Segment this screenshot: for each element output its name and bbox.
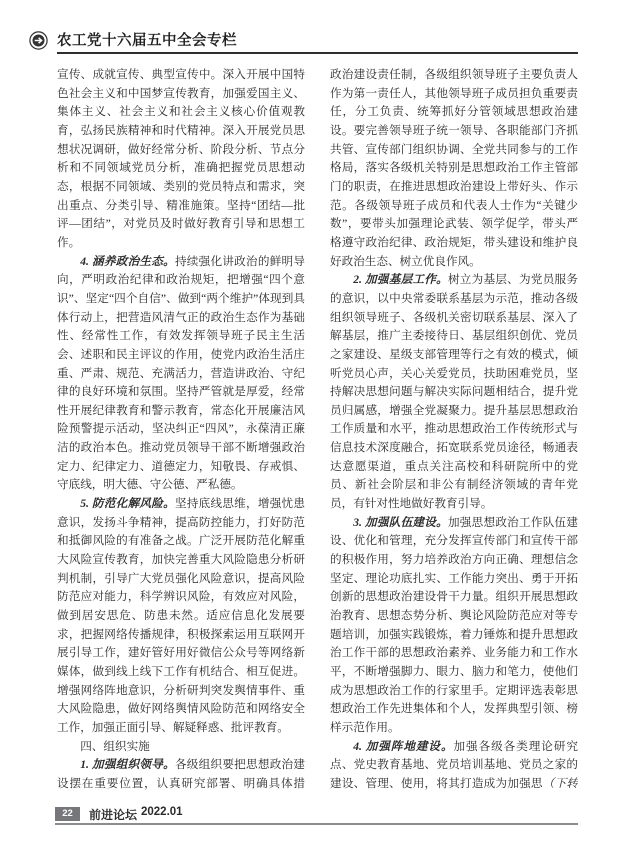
paragraph-lead: 4. 加强阵地建设。: [353, 740, 453, 753]
paragraph: 宣传、成就宣传、典型宣传中。深入开展中国特色社会主义和中国梦宣传教育，加强爱国主…: [57, 66, 305, 253]
paragraph-lead: 2. 加强基层工作。: [353, 273, 448, 286]
paragraph-lead: 3. 加强队伍建设。: [353, 516, 448, 529]
paragraph-lead: 5. 防范化解风险。: [80, 497, 175, 510]
paragraph-lead: 4. 涵养政治生态。: [80, 255, 175, 268]
article-body: 宣传、成就宣传、典型宣传中。深入开展中国特色社会主义和中国梦宣传教育，加强爱国主…: [57, 66, 578, 794]
paragraph: 4. 加强阵地建设。加强各级各类理论研究点、党史教育基地、党员培训基地、党员之家…: [330, 738, 578, 794]
journal-name: 前进论坛: [89, 806, 137, 823]
page-number-badge: 22: [55, 807, 80, 821]
paragraph: 1. 加强组织领导。各级组织要把思想政治建设摆在重要位置，认真研究部署、明确具体…: [57, 756, 305, 794]
section-heading: 四、组织实施: [57, 738, 305, 757]
header-rule: [57, 52, 578, 54]
paragraph: 5. 防范化解风险。坚持底线思维，增强忧患意识，发扬斗争精神，提高防控能力，打好…: [57, 495, 305, 738]
document-page: 农工党十六届五中全会专栏 宣传、成就宣传、典型宣传中。深入开展中国特色社会主义和…: [0, 0, 630, 855]
continued-on-page-note: （下转第 25 页）: [330, 777, 578, 794]
issue-date: 2022.01: [141, 806, 183, 818]
column-header-title: 农工党十六届五中全会专栏: [57, 29, 237, 50]
paragraph: 3. 加强队伍建设。加强思想政治工作队伍建设、优化和管理，充分发挥宣传部门和宣传…: [330, 514, 578, 738]
paragraph-lead: 1. 加强组织领导。: [80, 758, 175, 771]
paragraph: 政治建设责任制，各级组织领导班子主要负责人作为第一责任人，其他领导班子成员担负重…: [330, 66, 578, 271]
text-column-left: 宣传、成就宣传、典型宣传中。深入开展中国特色社会主义和中国梦宣传教育，加强爱国主…: [57, 66, 305, 794]
paragraph: 2. 加强基层工作。树立为基层、为党员服务的意识，以中央常委联系基层为示范，推动…: [330, 271, 578, 514]
text-column-right: 政治建设责任制，各级组织领导班子主要负责人作为第一责任人，其他领导班子成员担负重…: [330, 66, 578, 794]
footer-rule: [55, 823, 578, 825]
paragraph: 4. 涵养政治生态。持续强化讲政治的鲜明导向，严明政治纪律和政治规矩，把增强“四…: [57, 253, 305, 496]
circle-arrow-right-icon: [29, 31, 48, 50]
